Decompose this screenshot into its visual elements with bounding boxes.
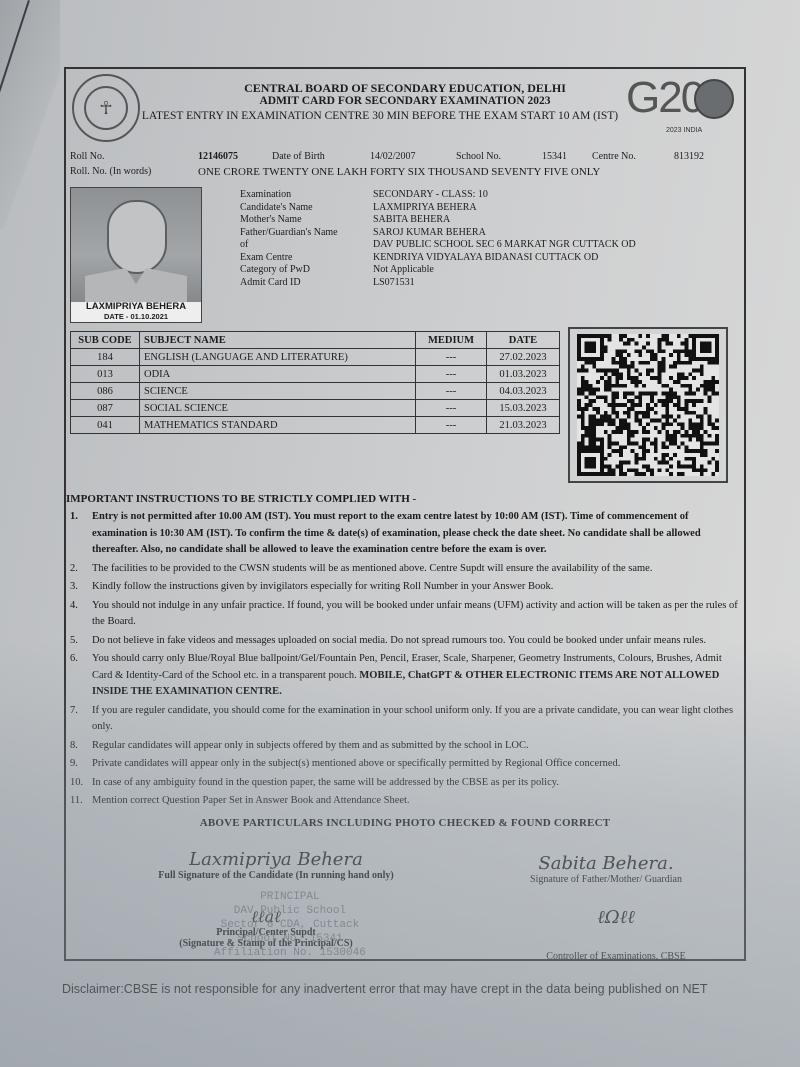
detail-value: DAV PUBLIC SCHOOL SEC 6 MARKAT NGR CUTTA…	[373, 239, 636, 252]
parent-signature-block: Sabita Behera. Signature of Father/Mothe…	[506, 853, 706, 885]
instruction-text: Regular candidates will appear only in s…	[92, 740, 529, 751]
detail-value: SAROJ KUMAR BEHERA	[373, 227, 486, 240]
detail-value: SABITA BEHERA	[373, 214, 450, 227]
subject-name-cell: ENGLISH (LANGUAGE AND LITERATURE)	[140, 349, 416, 366]
instruction-number: 5.	[70, 633, 78, 650]
instructions-title: IMPORTANT INSTRUCTIONS TO BE STRICTLY CO…	[66, 493, 416, 505]
medium-cell: ---	[416, 383, 487, 400]
instruction-item: 8.Regular candidates will appear only in…	[70, 738, 740, 755]
sub-code-cell: 087	[71, 400, 140, 417]
instruction-text: In case of any ambiguity found in the qu…	[92, 777, 559, 788]
parent-signature: Sabita Behera.	[506, 853, 706, 874]
roll-label: Roll No.	[70, 151, 104, 162]
verification-statement: ABOVE PARTICULARS INCLUDING PHOTO CHECKE…	[66, 817, 744, 829]
instruction-item: 4.You should not indulge in any unfair p…	[70, 598, 740, 631]
table-row: 184ENGLISH (LANGUAGE AND LITERATURE)---2…	[71, 349, 560, 366]
col-subject-name: SUBJECT NAME	[140, 332, 416, 349]
instruction-number: 7.	[70, 703, 78, 720]
qr-code-icon	[575, 334, 721, 476]
instruction-text: Private candidates will appear only in t…	[92, 758, 620, 769]
parent-signature-caption: Signature of Father/Mother/ Guardian	[506, 874, 706, 885]
candidate-photo: LAXMIPRIYA BEHERA DATE - 01.10.2021	[70, 187, 202, 323]
detail-row: Candidate's NameLAXMIPRIYA BEHERA	[240, 202, 740, 215]
candidate-details: ExaminationSECONDARY - CLASS: 10Candidat…	[240, 189, 740, 289]
date-cell: 15.03.2023	[487, 400, 560, 417]
instruction-number: 3.	[70, 579, 78, 596]
date-cell: 01.03.2023	[487, 366, 560, 383]
instruction-number: 2.	[70, 561, 78, 578]
dob-value: 14/02/2007	[370, 151, 416, 162]
detail-row: Father/Guardian's NameSAROJ KUMAR BEHERA	[240, 227, 740, 240]
table-header-row: SUB CODE SUBJECT NAME MEDIUM DATE	[71, 332, 560, 349]
instruction-item: 10.In case of any ambiguity found in the…	[70, 775, 740, 792]
sub-code-cell: 013	[71, 366, 140, 383]
instruction-text: The facilities to be provided to the CWS…	[92, 563, 652, 574]
subject-name-cell: SOCIAL SCIENCE	[140, 400, 416, 417]
stamp-line: PRINCIPAL	[214, 890, 366, 904]
instruction-item: 6.You should carry only Blue/Royal Blue …	[70, 651, 740, 701]
table-row: 041MATHEMATICS STANDARD---21.03.2023	[71, 417, 560, 434]
controller-caption: Controller of Examinations, CBSE	[506, 951, 726, 962]
subject-name-cell: MATHEMATICS STANDARD	[140, 417, 416, 434]
instruction-text: Entry is not permitted after 10.00 AM (I…	[92, 511, 701, 555]
candidate-signature: Laxmipriya Behera	[126, 849, 426, 870]
dob-label: Date of Birth	[272, 151, 325, 162]
detail-row: ofDAV PUBLIC SCHOOL SEC 6 MARKAT NGR CUT…	[240, 239, 740, 252]
subject-name-cell: ODIA	[140, 366, 416, 383]
instruction-number: 10.	[70, 775, 83, 792]
g20-logo-sub: 2023 INDIA	[666, 127, 702, 134]
principal-stamp: PRINCIPAL DAV Public School Sector 6 CDA…	[214, 890, 366, 960]
roll-words-label: Roll. No. (In words)	[70, 166, 151, 177]
instruction-item: 2.The facilities to be provided to the C…	[70, 561, 740, 578]
stamp-line: School No. 15341	[214, 932, 366, 946]
table-row: 087SOCIAL SCIENCE---15.03.2023	[71, 400, 560, 417]
instruction-text: Kindly follow the instructions given by …	[92, 581, 553, 592]
medium-cell: ---	[416, 349, 487, 366]
card-header: ☥ CENTRAL BOARD OF SECONDARY EDUCATION, …	[66, 69, 744, 149]
instruction-text: You should not indulge in any unfair pra…	[92, 600, 738, 628]
stamp-line: Sector 6 CDA, Cuttack	[214, 918, 366, 932]
subjects-table: SUB CODE SUBJECT NAME MEDIUM DATE 184ENG…	[70, 331, 560, 434]
centre-value: 813192	[674, 151, 704, 162]
detail-row: Mother's NameSABITA BEHERA	[240, 214, 740, 227]
date-cell: 21.03.2023	[487, 417, 560, 434]
detail-label: Admit Card ID	[240, 277, 301, 290]
photo-face	[107, 200, 167, 274]
detail-label: Examination	[240, 189, 291, 202]
col-date: DATE	[487, 332, 560, 349]
detail-value: Not Applicable	[373, 264, 434, 277]
detail-label: Father/Guardian's Name	[240, 227, 338, 240]
candidate-signature-block: Laxmipriya Behera Full Signature of the …	[126, 849, 426, 881]
detail-value: KENDRIYA VIDYALAYA BIDANASI CUTTACK OD	[373, 252, 598, 265]
g20-logo-icon: G20 2023 INDIA	[626, 73, 736, 143]
instruction-item: 3.Kindly follow the instructions given b…	[70, 579, 740, 596]
detail-row: ExaminationSECONDARY - CLASS: 10	[240, 189, 740, 202]
candidate-signature-caption: Full Signature of the Candidate (In runn…	[126, 870, 426, 881]
photo-date: DATE - 01.10.2021	[71, 312, 201, 322]
instruction-number: 6.	[70, 651, 78, 668]
instruction-number: 4.	[70, 598, 78, 615]
detail-row: Admit Card IDLS071531	[240, 277, 740, 290]
medium-cell: ---	[416, 400, 487, 417]
sub-code-cell: 041	[71, 417, 140, 434]
detail-row: Category of PwDNot Applicable	[240, 264, 740, 277]
medium-cell: ---	[416, 366, 487, 383]
instruction-item: 9.Private candidates will appear only in…	[70, 756, 740, 773]
medium-cell: ---	[416, 417, 487, 434]
instruction-number: 8.	[70, 738, 78, 755]
instruction-item: 7.If you are reguler candidate, you shou…	[70, 703, 740, 736]
disclaimer: Disclaimer:CBSE is not responsible for a…	[62, 982, 707, 996]
detail-label: Candidate's Name	[240, 202, 313, 215]
stamp-line: Affiliation No. 1530046	[214, 946, 366, 960]
instructions-list: 1.Entry is not permitted after 10.00 AM …	[70, 509, 740, 812]
detail-value: SECONDARY - CLASS: 10	[373, 189, 488, 202]
admit-card: ☥ CENTRAL BOARD OF SECONDARY EDUCATION, …	[64, 67, 746, 961]
col-sub-code: SUB CODE	[71, 332, 140, 349]
centre-label: Centre No.	[592, 151, 636, 162]
instruction-text: If you are reguler candidate, you should…	[92, 705, 733, 733]
instruction-text: Mention correct Question Paper Set in An…	[92, 795, 410, 806]
stamp-line: DAV Public School	[214, 904, 366, 918]
detail-label: Category of PwD	[240, 264, 310, 277]
table-row: 013ODIA---01.03.2023	[71, 366, 560, 383]
instruction-item: 11.Mention correct Question Paper Set in…	[70, 793, 740, 810]
instruction-text: Do not believe in fake videos and messag…	[92, 635, 706, 646]
col-medium: MEDIUM	[416, 332, 487, 349]
qr-code	[568, 327, 728, 483]
instruction-number: 11.	[70, 793, 83, 810]
subject-name-cell: SCIENCE	[140, 383, 416, 400]
date-cell: 27.02.2023	[487, 349, 560, 366]
roll-words-value: ONE CRORE TWENTY ONE LAKH FORTY SIX THOU…	[198, 166, 600, 178]
instruction-number: 1.	[70, 509, 78, 526]
detail-value: LS071531	[373, 277, 415, 290]
detail-label: Exam Centre	[240, 252, 292, 265]
detail-value: LAXMIPRIYA BEHERA	[373, 202, 477, 215]
g20-logo-text: G20	[626, 73, 703, 123]
instruction-item: 1.Entry is not permitted after 10.00 AM …	[70, 509, 740, 559]
instruction-item: 5.Do not believe in fake videos and mess…	[70, 633, 740, 650]
detail-row: Exam CentreKENDRIYA VIDYALAYA BIDANASI C…	[240, 252, 740, 265]
background-edge	[0, 0, 60, 230]
photo-caption: LAXMIPRIYA BEHERA DATE - 01.10.2021	[71, 302, 201, 322]
roll-value: 12146075	[198, 151, 238, 162]
detail-label: of	[240, 239, 248, 252]
school-label: School No.	[456, 151, 501, 162]
lotus-globe-icon	[694, 79, 734, 119]
controller-signature-block: ℓΩℓℓ Controller of Examinations, CBSE	[506, 907, 726, 962]
instruction-number: 9.	[70, 756, 78, 773]
controller-signature-mark: ℓΩℓℓ	[506, 907, 726, 951]
paper-edge-line	[0, 0, 30, 115]
photo-name: LAXMIPRIYA BEHERA	[71, 302, 201, 312]
school-value: 15341	[542, 151, 567, 162]
detail-label: Mother's Name	[240, 214, 302, 227]
date-cell: 04.03.2023	[487, 383, 560, 400]
sub-code-cell: 184	[71, 349, 140, 366]
table-row: 086SCIENCE---04.03.2023	[71, 383, 560, 400]
sub-code-cell: 086	[71, 383, 140, 400]
